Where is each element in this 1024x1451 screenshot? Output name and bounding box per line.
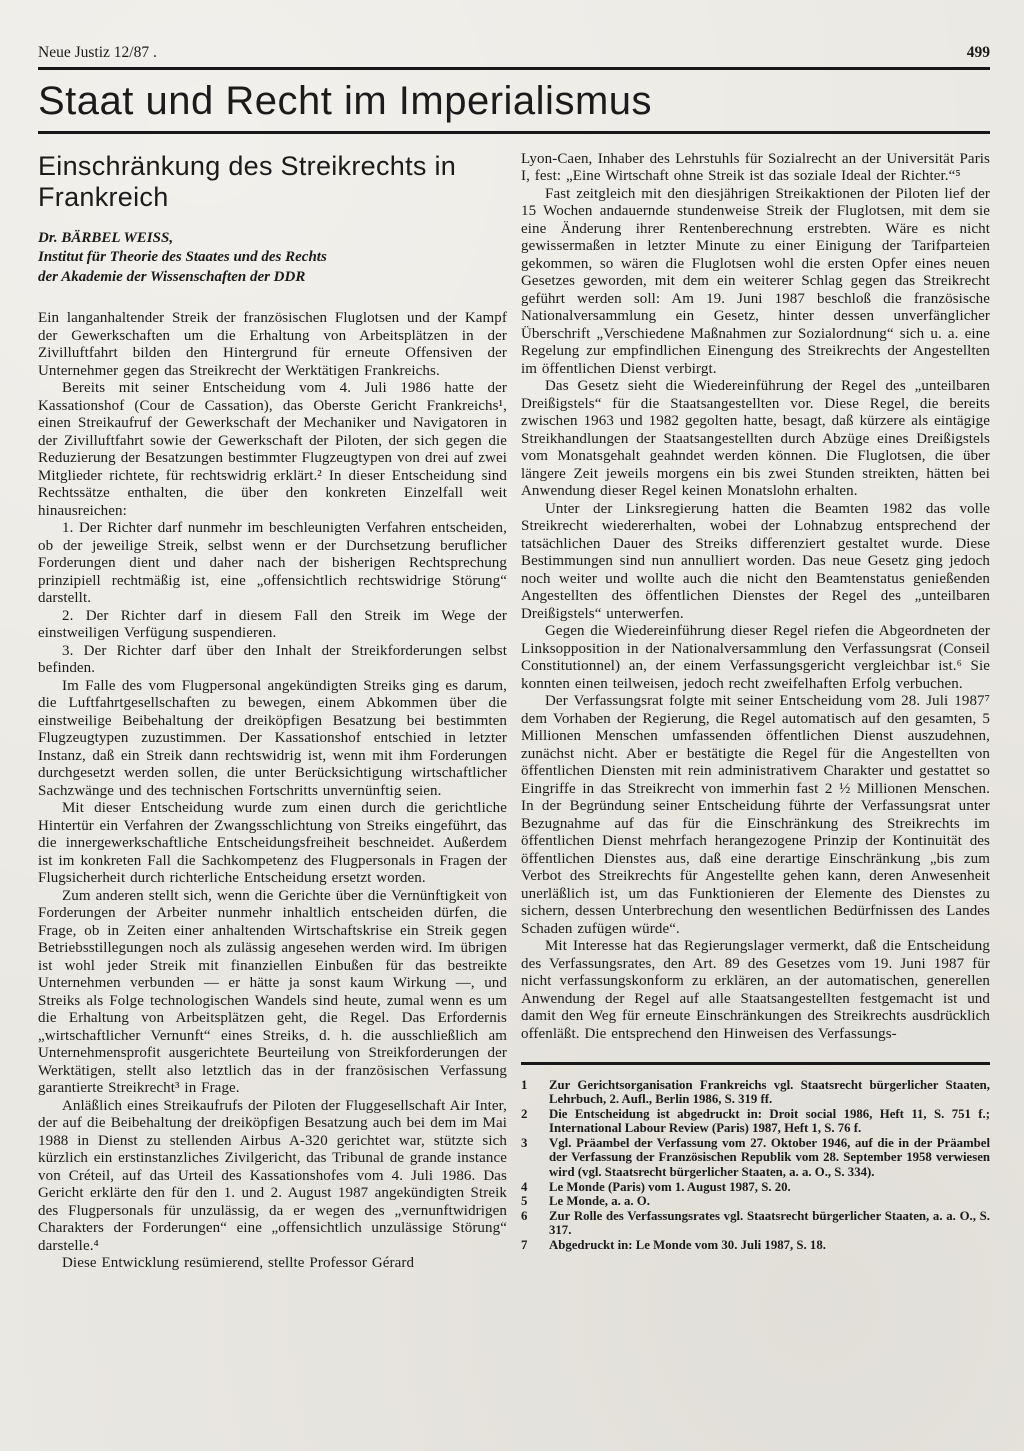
footnote-item: 5Le Monde, a. a. O. [521,1194,990,1209]
author-affiliation-line2: der Akademie der Wissenschaften der DDR [38,268,507,288]
paragraph: Bereits mit seiner Entscheidung vom 4. J… [38,380,507,520]
right-column-text: Lyon-Caen, Inhaber des Lehrstuhls für So… [521,151,990,1044]
paragraph: 3. Der Richter darf über den Inhalt der … [38,643,507,678]
paragraph: Das Gesetz sieht die Wiedereinführung de… [521,378,990,501]
paragraph: Anläßlich eines Streikaufrufs der Pilote… [38,1098,507,1256]
article-title: Einschränkung des Streikrechts in Frankr… [38,151,507,214]
footnote-item: 7Abgedruckt in: Le Monde vom 30. Juli 19… [521,1238,990,1253]
footnote-number: 1 [521,1078,537,1107]
footnote-number: 5 [521,1194,537,1209]
footnote-list: 1Zur Gerichtsorganisation Frankreichs vg… [521,1078,990,1253]
journal-page: Neue Justiz 12/87 . 499 Staat und Recht … [0,0,1024,1451]
footnote-rule [521,1062,990,1065]
left-column: Einschränkung des Streikrechts in Frankr… [38,151,507,1273]
footnote-item: 1Zur Gerichtsorganisation Frankreichs vg… [521,1078,990,1107]
footnote-number: 7 [521,1238,537,1253]
footnote-text: Zur Gerichtsorganisation Frankreichs vgl… [537,1078,990,1107]
footnote-text: Zur Rolle des Verfassungsrates vgl. Staa… [537,1209,990,1238]
paragraph: 1. Der Richter darf nunmehr im beschleun… [38,520,507,608]
footnote-number: 3 [521,1136,537,1180]
footnote-text: Abgedruckt in: Le Monde vom 30. Juli 198… [537,1238,990,1253]
paragraph: Fast zeitgleich mit den diesjährigen Str… [521,186,990,379]
footnote-item: 3Vgl. Präambel der Verfassung vom 27. Ok… [521,1136,990,1180]
author-affiliation-line1: Institut für Theorie des Staates und des… [38,248,507,268]
footnote-text: Vgl. Präambel der Verfassung vom 27. Okt… [537,1136,990,1180]
running-header: Neue Justiz 12/87 . 499 [38,44,990,62]
footnote-text: Le Monde, a. a. O. [537,1194,990,1209]
paragraph: Mit Interesse hat das Regierungslager ve… [521,938,990,1043]
two-column-body: Einschränkung des Streikrechts in Frankr… [38,151,990,1273]
paragraph: Zum anderen stellt sich, wenn die Gerich… [38,888,507,1098]
right-column: Lyon-Caen, Inhaber des Lehrstuhls für So… [521,151,990,1273]
paragraph: Lyon-Caen, Inhaber des Lehrstuhls für So… [521,151,990,186]
paragraph: Der Verfassungsrat folgte mit seiner Ent… [521,693,990,938]
title-rule [38,131,990,134]
paragraph: Diese Entwicklung resümierend, stellte P… [38,1255,507,1273]
footnote-item: 6Zur Rolle des Verfassungsrates vgl. Sta… [521,1209,990,1238]
paragraph: Ein langanhaltender Streik der französis… [38,310,507,380]
byline: Dr. BÄRBEL WEISS, Institut für Theorie d… [38,229,507,288]
footnote-text: Le Monde (Paris) vom 1. August 1987, S. … [537,1180,990,1195]
footnote-number: 2 [521,1107,537,1136]
author-name: Dr. BÄRBEL WEISS, [38,229,507,249]
paragraph: Gegen die Wiedereinführung dieser Regel … [521,623,990,693]
footnote-number: 4 [521,1180,537,1195]
section-title: Staat und Recht im Imperialismus [38,80,990,122]
journal-issue-label: Neue Justiz 12/87 . [38,44,157,62]
footnote-number: 6 [521,1209,537,1238]
paragraph: Unter der Linksregierung hatten die Beam… [521,501,990,624]
footnote-item: 4Le Monde (Paris) vom 1. August 1987, S.… [521,1180,990,1195]
footnote-item: 2Die Entscheidung ist abgedruckt in: Dro… [521,1107,990,1136]
left-column-text: Ein langanhaltender Streik der französis… [38,310,507,1273]
page-number: 499 [967,44,990,62]
paragraph: 2. Der Richter darf in diesem Fall den S… [38,608,507,643]
header-rule [38,67,990,70]
paragraph: Im Falle des vom Flugpersonal angekündig… [38,678,507,801]
paragraph: Mit dieser Entscheidung wurde zum einen … [38,800,507,888]
footnote-text: Die Entscheidung ist abgedruckt in: Droi… [537,1107,990,1136]
